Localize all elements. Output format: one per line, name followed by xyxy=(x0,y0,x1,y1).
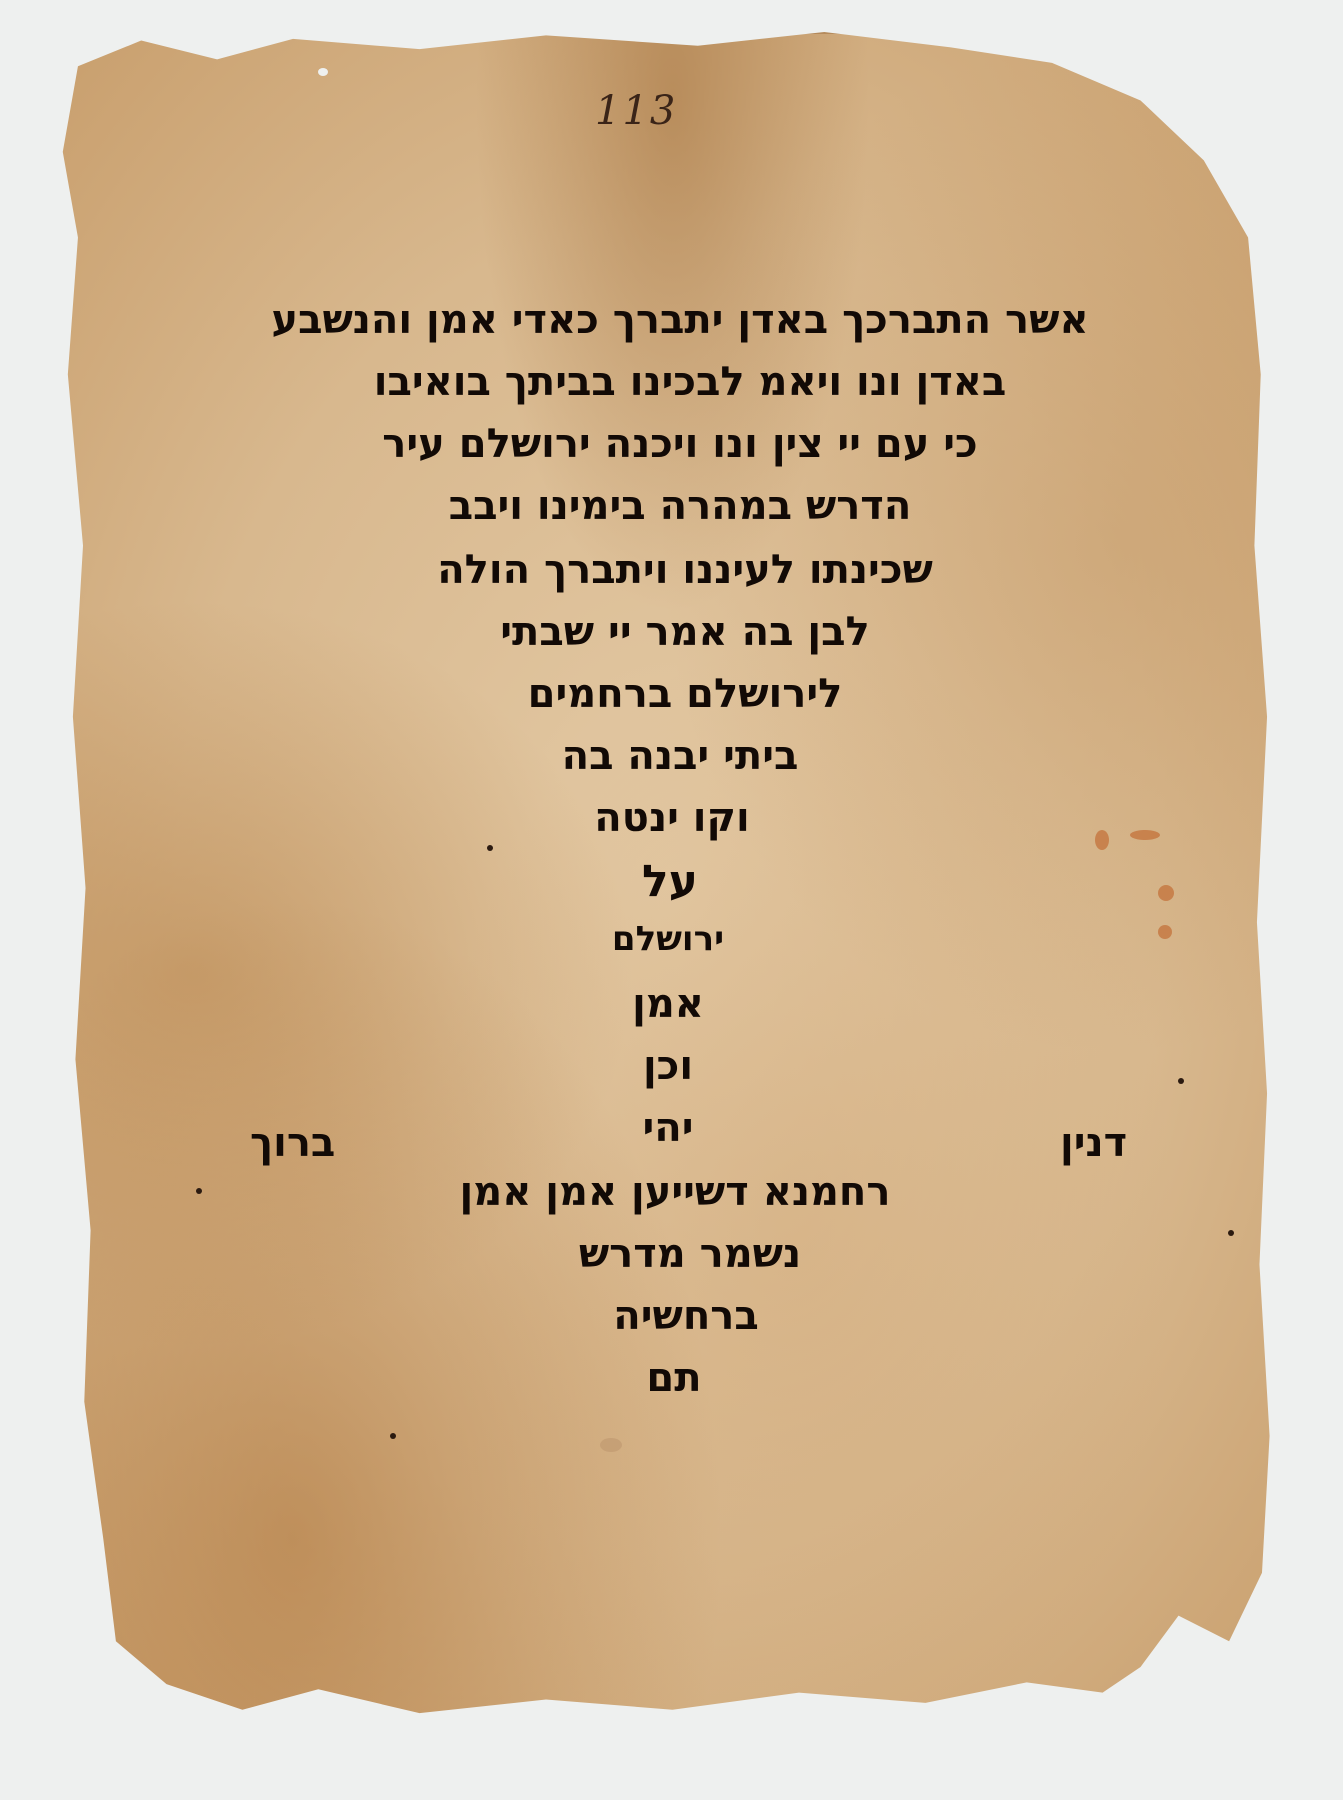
scanned-manuscript: 113 אשר התברכך באדן יתברך כאדי אמן והנשב… xyxy=(0,0,1343,1800)
colophon-line: נשמר מדרש xyxy=(579,1234,801,1274)
colophon-line: כי עם יי צין ונו ויכנה ירושלם עיר xyxy=(382,424,977,464)
colophon-line: הדרש במהרה בימינו ויבב xyxy=(449,486,912,526)
paper-hole xyxy=(318,68,328,76)
ink-speck xyxy=(1228,1230,1234,1236)
colophon-line: תם xyxy=(646,1358,701,1398)
folio-number: 113 xyxy=(595,88,677,134)
colophon-line: ירושלם xyxy=(612,922,724,956)
colophon-line: וכן xyxy=(643,1046,693,1086)
colophon-line: ביתי יבנה בה xyxy=(562,736,799,776)
colophon-line: אשר התברכך באדן יתברך כאדי אמן והנשבע xyxy=(271,300,1088,340)
ink-speck xyxy=(196,1188,202,1194)
paper-hole xyxy=(600,1438,622,1452)
rust-stain xyxy=(1130,830,1160,840)
rust-stain xyxy=(1158,885,1174,901)
rust-stain xyxy=(1095,830,1109,850)
paper-hole xyxy=(1150,1672,1194,1712)
colophon-line: באדן ונו ויאמ לבכינו בביתך בואיבו xyxy=(374,362,1007,402)
colophon-line: אמן xyxy=(632,984,704,1024)
ink-speck xyxy=(390,1433,396,1439)
rust-stain xyxy=(1158,925,1172,939)
colophon-line: רחמנא דשייען אמן אמן xyxy=(460,1172,891,1212)
colophon-line: וקו ינטה xyxy=(594,798,749,838)
ink-speck xyxy=(1178,1078,1184,1084)
colophon-line: ברחשיה xyxy=(613,1296,759,1336)
colophon-side-word: דנין xyxy=(1060,1120,1127,1166)
colophon-line: על xyxy=(642,860,698,904)
colophon-line: לבן בה אמר יי שבתי xyxy=(500,612,869,652)
colophon-line: שכינתו לעיננו ויתברך הולה xyxy=(437,550,933,590)
colophon-line: לירושלם ברחמים xyxy=(528,674,843,714)
colophon-line: יהי xyxy=(642,1108,693,1148)
colophon-side-word: ברוך xyxy=(250,1120,335,1166)
ink-speck xyxy=(487,845,493,851)
